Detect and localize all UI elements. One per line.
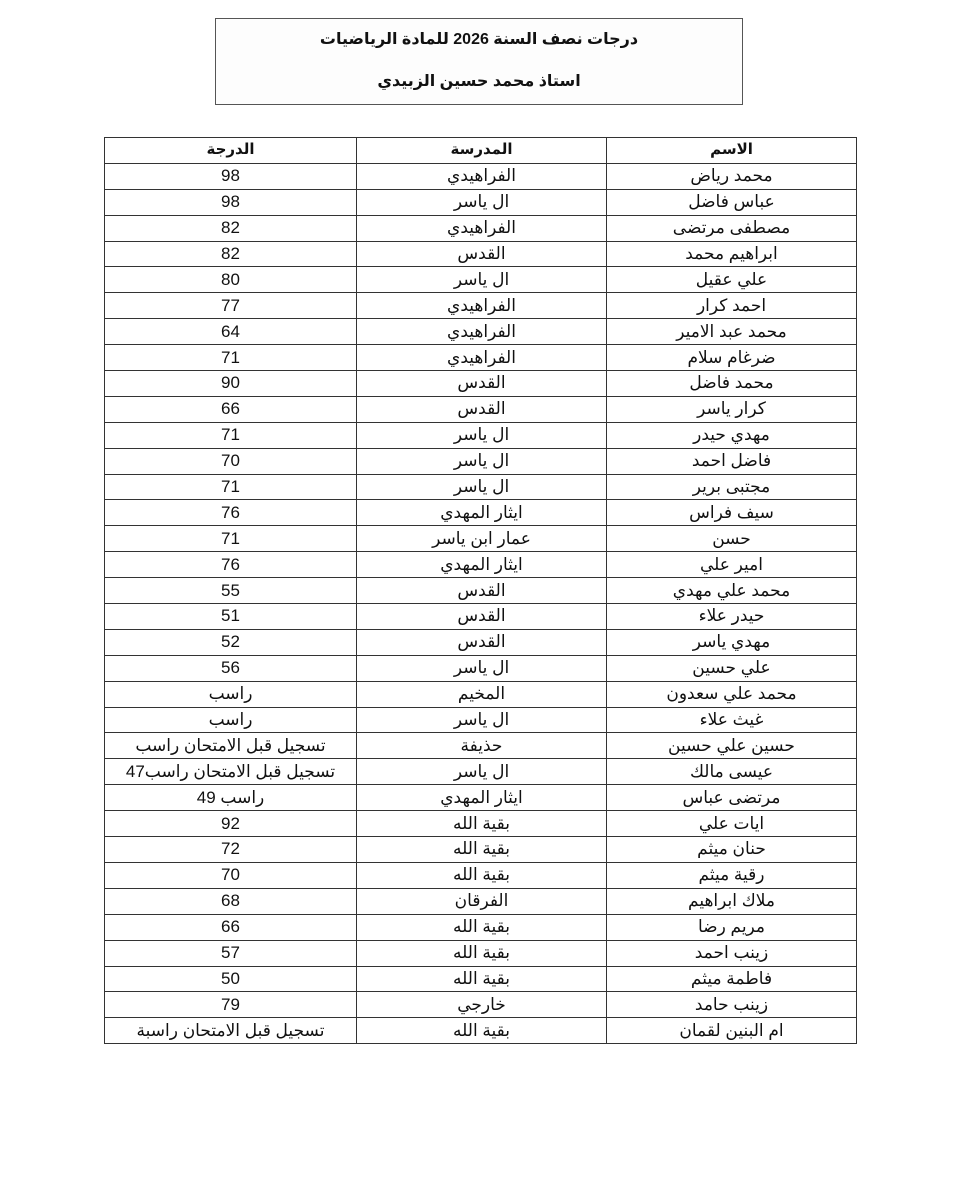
school-cell: ال ياسر xyxy=(357,474,607,500)
school-cell: الفراهيدي xyxy=(357,163,607,189)
grade-cell: راسب xyxy=(105,681,357,707)
table-row: زينب احمدبقية الله57 xyxy=(105,940,857,966)
student-name-cell: محمد فاضل xyxy=(607,371,857,397)
grade-cell: 82 xyxy=(105,241,357,267)
student-name-cell: مهدي حيدر xyxy=(607,422,857,448)
grade-cell: 80 xyxy=(105,267,357,293)
table-row: حنان ميثمبقية الله72 xyxy=(105,837,857,863)
school-cell: القدس xyxy=(357,604,607,630)
table-row: غيث علاءال ياسرراسب xyxy=(105,707,857,733)
student-name-cell: حيدر علاء xyxy=(607,604,857,630)
column-header-grade: الدرجة xyxy=(105,138,357,164)
student-name-cell: محمد علي سعدون xyxy=(607,681,857,707)
table-row: حسنعمار ابن ياسر71 xyxy=(105,526,857,552)
grade-cell: 98 xyxy=(105,163,357,189)
grade-cell: 82 xyxy=(105,215,357,241)
grade-cell: راسب xyxy=(105,707,357,733)
grade-cell: تسجيل قبل الامتحان راسبة xyxy=(105,1018,357,1044)
table-row: مجتبى بريرال ياسر71 xyxy=(105,474,857,500)
table-row: احمد كرارالفراهيدي77 xyxy=(105,293,857,319)
student-name-cell: محمد عبد الامير xyxy=(607,319,857,345)
school-cell: عمار ابن ياسر xyxy=(357,526,607,552)
table-row: حسين علي حسينحذيفةتسجيل قبل الامتحان راس… xyxy=(105,733,857,759)
student-name-cell: فاطمة ميثم xyxy=(607,966,857,992)
grade-cell: 50 xyxy=(105,966,357,992)
school-cell: بقية الله xyxy=(357,966,607,992)
grade-cell: راسب 49 xyxy=(105,785,357,811)
student-name-cell: فاضل احمد xyxy=(607,448,857,474)
school-cell: الفراهيدي xyxy=(357,293,607,319)
school-cell: ايثار المهدي xyxy=(357,552,607,578)
table-row: ام البنين لقمانبقية اللهتسجيل قبل الامتح… xyxy=(105,1018,857,1044)
table-row: فاطمة ميثمبقية الله50 xyxy=(105,966,857,992)
table-row: ملاك ابراهيمالفرقان68 xyxy=(105,888,857,914)
table-row: ابراهيم محمدالقدس82 xyxy=(105,241,857,267)
student-name-cell: رقية ميثم xyxy=(607,862,857,888)
student-name-cell: زينب احمد xyxy=(607,940,857,966)
table-row: كرار ياسرالقدس66 xyxy=(105,396,857,422)
student-name-cell: مريم رضا xyxy=(607,914,857,940)
column-header-name: الاسم xyxy=(607,138,857,164)
student-name-cell: امير علي xyxy=(607,552,857,578)
grade-cell: 68 xyxy=(105,888,357,914)
grade-cell: 76 xyxy=(105,552,357,578)
table-row: عيسى مالكال ياسرتسجيل قبل الامتحان راسب4… xyxy=(105,759,857,785)
grade-cell: 76 xyxy=(105,500,357,526)
table-row: محمد علي مهديالقدس55 xyxy=(105,578,857,604)
school-cell: ال ياسر xyxy=(357,759,607,785)
school-cell: القدس xyxy=(357,629,607,655)
table-row: محمد رياضالفراهيدي98 xyxy=(105,163,857,189)
student-name-cell: عيسى مالك xyxy=(607,759,857,785)
table-row: سيف فراسايثار المهدي76 xyxy=(105,500,857,526)
school-cell: ال ياسر xyxy=(357,448,607,474)
grade-cell: 70 xyxy=(105,448,357,474)
student-name-cell: ابراهيم محمد xyxy=(607,241,857,267)
grade-cell: 52 xyxy=(105,629,357,655)
grade-cell: 66 xyxy=(105,396,357,422)
table-row: محمد عبد الاميرالفراهيدي64 xyxy=(105,319,857,345)
grade-cell: 98 xyxy=(105,189,357,215)
student-name-cell: علي عقيل xyxy=(607,267,857,293)
school-cell: بقية الله xyxy=(357,940,607,966)
grade-cell: 71 xyxy=(105,345,357,371)
grade-cell: 79 xyxy=(105,992,357,1018)
student-name-cell: مصطفى مرتضى xyxy=(607,215,857,241)
student-name-cell: ملاك ابراهيم xyxy=(607,888,857,914)
school-cell: بقية الله xyxy=(357,1018,607,1044)
student-name-cell: زينب حامد xyxy=(607,992,857,1018)
grade-cell: 66 xyxy=(105,914,357,940)
school-cell: الفراهيدي xyxy=(357,345,607,371)
table-row: مصطفى مرتضىالفراهيدي82 xyxy=(105,215,857,241)
student-name-cell: غيث علاء xyxy=(607,707,857,733)
student-name-cell: محمد رياض xyxy=(607,163,857,189)
document-title: درجات نصف السنة 2026 للمادة الرياضيات xyxy=(216,29,742,49)
column-header-school: المدرسة xyxy=(357,138,607,164)
school-cell: الفراهيدي xyxy=(357,215,607,241)
table-row: فاضل احمدال ياسر70 xyxy=(105,448,857,474)
school-cell: القدس xyxy=(357,371,607,397)
table-row: علي حسينال ياسر56 xyxy=(105,655,857,681)
grade-cell: 57 xyxy=(105,940,357,966)
student-name-cell: حنان ميثم xyxy=(607,837,857,863)
school-cell: الفراهيدي xyxy=(357,319,607,345)
student-name-cell: احمد كرار xyxy=(607,293,857,319)
school-cell: القدس xyxy=(357,241,607,267)
school-cell: ال ياسر xyxy=(357,267,607,293)
grade-cell: 71 xyxy=(105,474,357,500)
table-row: رقية ميثمبقية الله70 xyxy=(105,862,857,888)
table-row: مهدي ياسرالقدس52 xyxy=(105,629,857,655)
school-cell: ايثار المهدي xyxy=(357,785,607,811)
table-row: عباس فاضلال ياسر98 xyxy=(105,189,857,215)
table-row: علي عقيلال ياسر80 xyxy=(105,267,857,293)
school-cell: القدس xyxy=(357,578,607,604)
grades-table: الاسم المدرسة الدرجة محمد رياضالفراهيدي9… xyxy=(104,137,857,1044)
school-cell: بقية الله xyxy=(357,837,607,863)
school-cell: القدس xyxy=(357,396,607,422)
student-name-cell: حسين علي حسين xyxy=(607,733,857,759)
grade-cell: 71 xyxy=(105,526,357,552)
school-cell: ال ياسر xyxy=(357,707,607,733)
table-header-row: الاسم المدرسة الدرجة xyxy=(105,138,857,164)
school-cell: ال ياسر xyxy=(357,655,607,681)
student-name-cell: سيف فراس xyxy=(607,500,857,526)
table-row: مرتضى عباسايثار المهديراسب 49 xyxy=(105,785,857,811)
school-cell: حذيفة xyxy=(357,733,607,759)
table-row: محمد فاضلالقدس90 xyxy=(105,371,857,397)
school-cell: بقية الله xyxy=(357,914,607,940)
school-cell: بقية الله xyxy=(357,862,607,888)
student-name-cell: حسن xyxy=(607,526,857,552)
school-cell: بقية الله xyxy=(357,811,607,837)
grade-cell: 71 xyxy=(105,422,357,448)
student-name-cell: محمد علي مهدي xyxy=(607,578,857,604)
grade-cell: 72 xyxy=(105,837,357,863)
student-name-cell: كرار ياسر xyxy=(607,396,857,422)
table-row: ضرغام سلامالفراهيدي71 xyxy=(105,345,857,371)
teacher-name: استاذ محمد حسين الزبيدي xyxy=(216,71,742,91)
school-cell: ال ياسر xyxy=(357,189,607,215)
student-name-cell: علي حسين xyxy=(607,655,857,681)
table-row: امير عليايثار المهدي76 xyxy=(105,552,857,578)
grade-cell: 56 xyxy=(105,655,357,681)
grade-cell: 70 xyxy=(105,862,357,888)
grade-cell: 64 xyxy=(105,319,357,345)
student-name-cell: ام البنين لقمان xyxy=(607,1018,857,1044)
table-row: مهدي حيدرال ياسر71 xyxy=(105,422,857,448)
grade-cell: 77 xyxy=(105,293,357,319)
school-cell: ال ياسر xyxy=(357,422,607,448)
school-cell: المخيم xyxy=(357,681,607,707)
student-name-cell: عباس فاضل xyxy=(607,189,857,215)
grade-cell: 92 xyxy=(105,811,357,837)
table-row: مريم رضابقية الله66 xyxy=(105,914,857,940)
grade-cell: تسجيل قبل الامتحان راسب xyxy=(105,733,357,759)
school-cell: خارجي xyxy=(357,992,607,1018)
grade-cell: تسجيل قبل الامتحان راسب47 xyxy=(105,759,357,785)
student-name-cell: ضرغام سلام xyxy=(607,345,857,371)
student-name-cell: مرتضى عباس xyxy=(607,785,857,811)
grade-cell: 51 xyxy=(105,604,357,630)
student-name-cell: مهدي ياسر xyxy=(607,629,857,655)
school-cell: الفرقان xyxy=(357,888,607,914)
school-cell: ايثار المهدي xyxy=(357,500,607,526)
table-row: حيدر علاءالقدس51 xyxy=(105,604,857,630)
grade-cell: 90 xyxy=(105,371,357,397)
student-name-cell: مجتبى برير xyxy=(607,474,857,500)
grade-cell: 55 xyxy=(105,578,357,604)
table-row: زينب حامدخارجي79 xyxy=(105,992,857,1018)
student-name-cell: ايات علي xyxy=(607,811,857,837)
table-row: محمد علي سعدونالمخيمراسب xyxy=(105,681,857,707)
title-box: درجات نصف السنة 2026 للمادة الرياضيات اس… xyxy=(215,18,743,105)
table-row: ايات عليبقية الله92 xyxy=(105,811,857,837)
